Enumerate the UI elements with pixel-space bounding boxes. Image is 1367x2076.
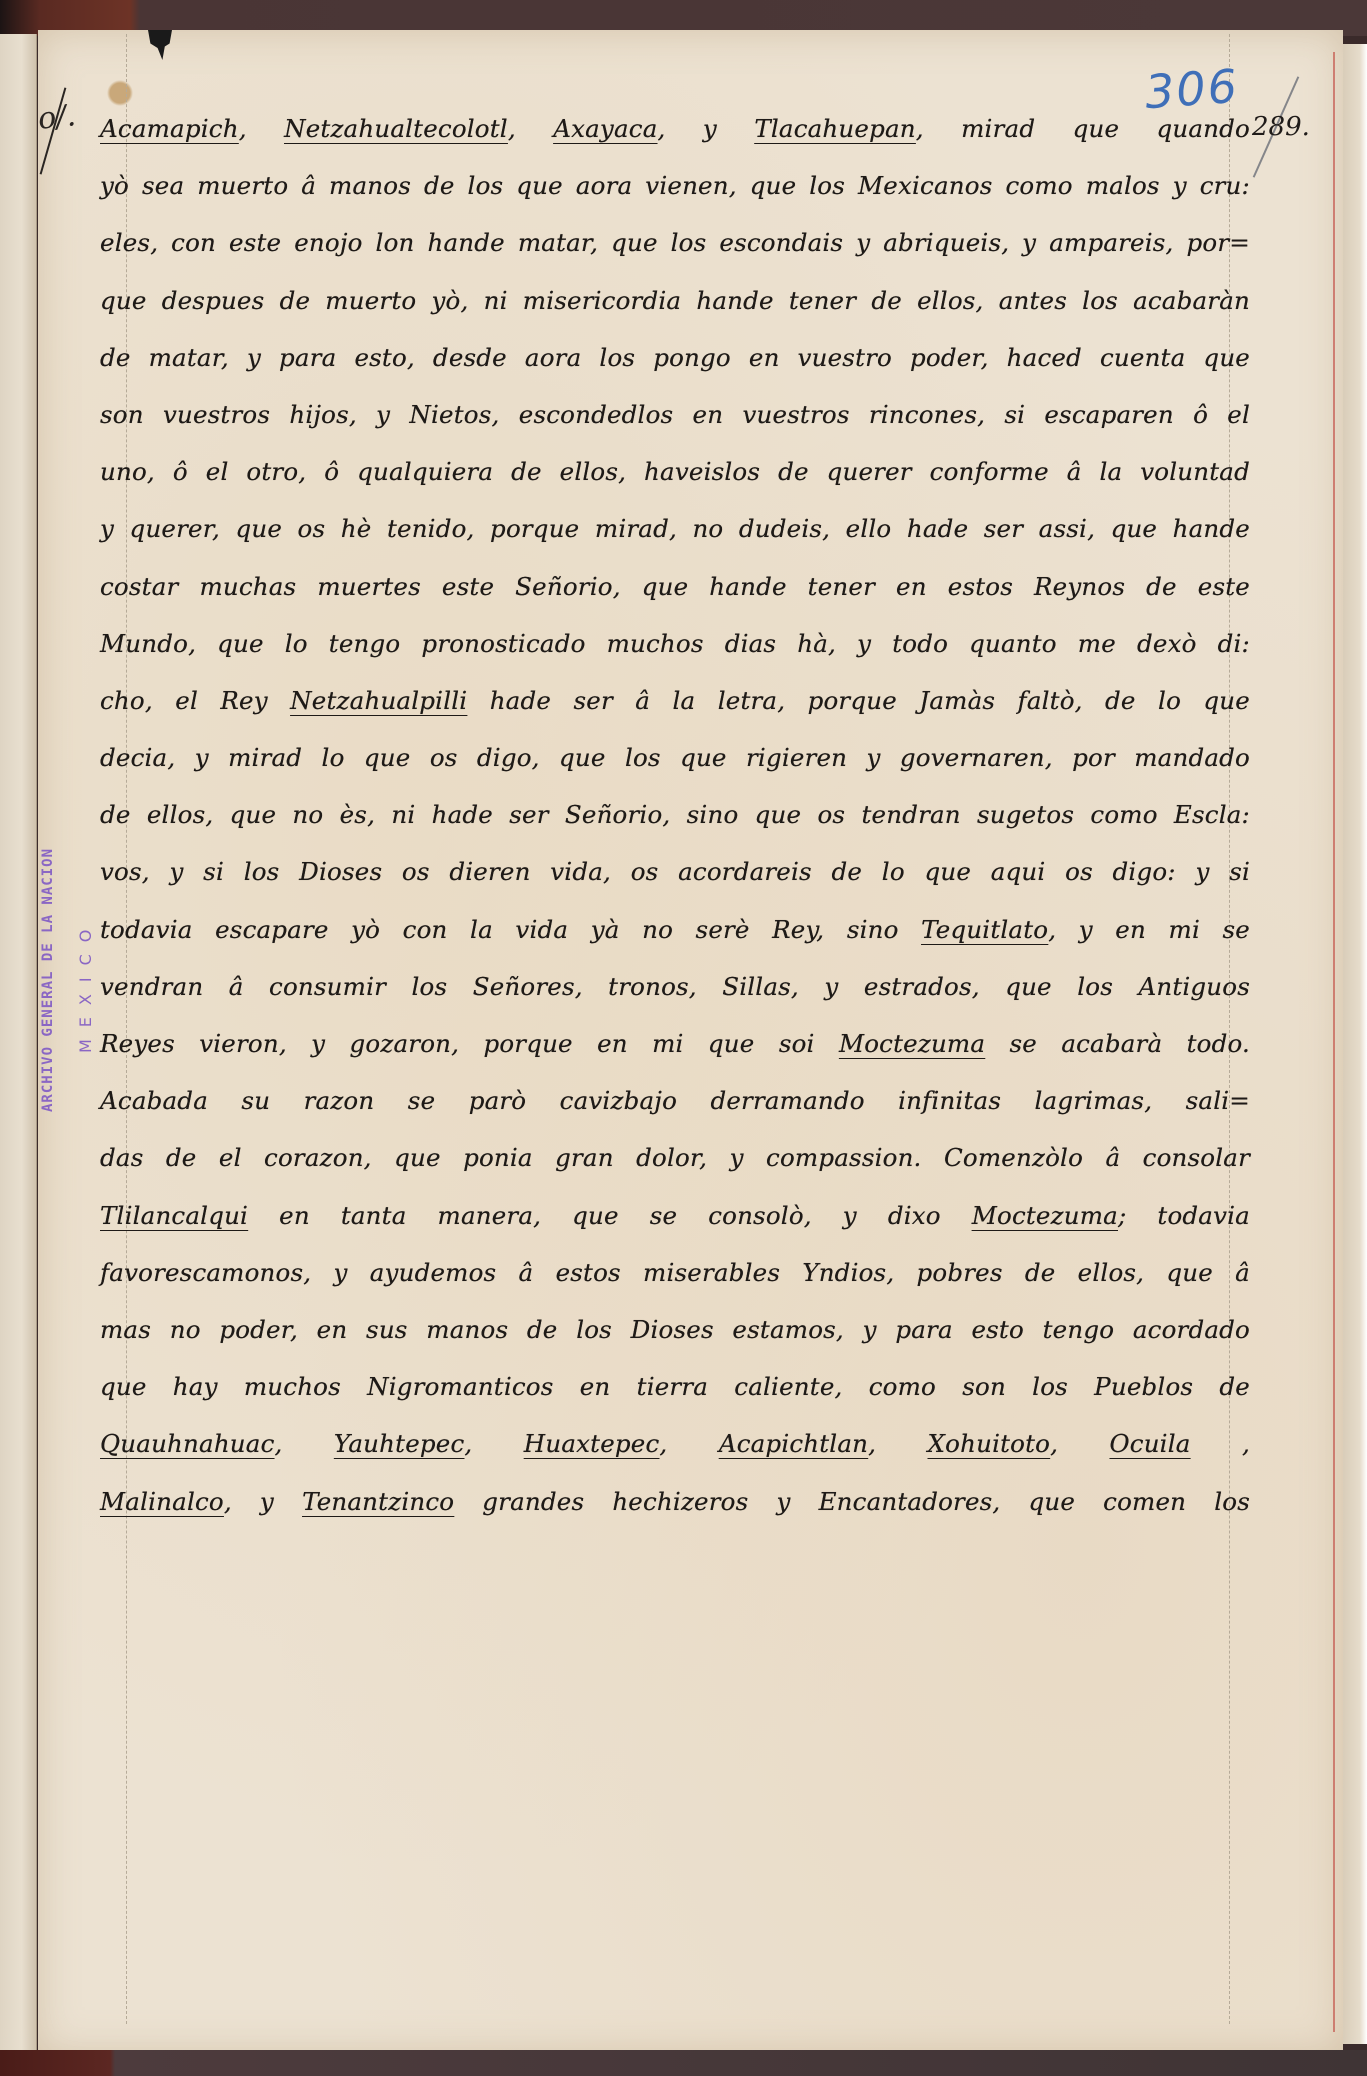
text-span: se acabarà todo. bbox=[985, 1029, 1250, 1058]
manuscript-line: todavia escapare yò con la vida yà no se… bbox=[100, 901, 1250, 958]
underlined-name: Moctezuma bbox=[839, 1029, 985, 1058]
text-span: , y bbox=[224, 1487, 302, 1516]
text-span: , mirad que quando bbox=[916, 114, 1250, 143]
text-span: , y bbox=[658, 114, 755, 143]
archive-stamp-name: ARCHIVO GENERAL DE LA NACION bbox=[40, 845, 56, 1115]
text-span: costar muchas muertes este Señorio, que … bbox=[100, 572, 1250, 601]
underlined-name: Tenantzinco bbox=[302, 1487, 454, 1516]
manuscript-line: y querer, que os hè tenido, porque mirad… bbox=[100, 500, 1250, 557]
manuscript-line: costar muchas muertes este Señorio, que … bbox=[100, 558, 1250, 615]
underlined-name: Quauhnahuac bbox=[100, 1429, 275, 1458]
text-span: grandes hechizeros y Encantadores, que c… bbox=[454, 1487, 1250, 1516]
text-span: vos, y si los Dioses os dieren vida, os … bbox=[100, 857, 1250, 886]
text-span: , bbox=[1050, 1429, 1109, 1458]
manuscript-line: uno, ô el otro, ô qualquiera de ellos, h… bbox=[100, 443, 1250, 500]
text-span: vendran â consumir los Señores, tronos, … bbox=[100, 972, 1250, 1001]
text-span: uno, ô el otro, ô qualquiera de ellos, h… bbox=[100, 457, 1250, 486]
manuscript-line: cho, el Rey Netzahualpilli hade ser â la… bbox=[100, 672, 1250, 729]
manuscript-line: Reyes vieron, y gozaron, porque en mi qu… bbox=[100, 1015, 1250, 1072]
text-span: cho, el Rey bbox=[100, 686, 290, 715]
facing-page-edge bbox=[0, 34, 37, 2054]
underlined-name: Axayaca bbox=[553, 114, 657, 143]
underlined-name: Tequitlato bbox=[921, 915, 1048, 944]
text-span: Mundo, que lo tengo pronosticado muchos … bbox=[100, 629, 1250, 658]
manuscript-line: Acabada su razon se parò cavizbajo derra… bbox=[100, 1072, 1250, 1129]
red-edge-rule bbox=[1333, 52, 1335, 2032]
manuscript-line: yò sea muerto â manos de los que aora vi… bbox=[100, 157, 1250, 214]
manuscript-line: vos, y si los Dioses os dieren vida, os … bbox=[100, 843, 1250, 900]
text-span: todavia escapare yò con la vida yà no se… bbox=[100, 915, 921, 944]
text-span: , bbox=[1191, 1429, 1250, 1458]
archive-stamp-city: MEXICO bbox=[76, 885, 95, 1085]
manuscript-line: de ellos, que no ès, ni hade ser Señorio… bbox=[100, 786, 1250, 843]
underlined-name: Netzahualpilli bbox=[290, 686, 467, 715]
underlined-name: Xohuitoto bbox=[928, 1429, 1051, 1458]
page-number: 289. bbox=[1252, 112, 1310, 142]
text-span: ; todavia bbox=[1118, 1201, 1250, 1230]
underlined-name: Acapichtlan bbox=[719, 1429, 868, 1458]
text-span: que hay muchos Nigromanticos en tierra c… bbox=[100, 1372, 1250, 1401]
text-span: , bbox=[239, 114, 284, 143]
text-span: mas no poder, en sus manos de los Dioses… bbox=[100, 1315, 1250, 1344]
manuscript-line: Mundo, que lo tengo pronosticado muchos … bbox=[100, 615, 1250, 672]
text-span: , bbox=[464, 1429, 523, 1458]
text-span: Reyes vieron, y gozaron, porque en mi qu… bbox=[100, 1029, 839, 1058]
text-span: de ellos, que no ès, ni hade ser Señorio… bbox=[100, 800, 1250, 829]
text-span: Acabada su razon se parò cavizbajo derra… bbox=[100, 1086, 1250, 1115]
underlined-name: Ocuila bbox=[1109, 1429, 1190, 1458]
text-span: eles, con este enojo lon hande matar, qu… bbox=[100, 228, 1250, 257]
text-span: son vuestros hijos, y Nietos, escondedlo… bbox=[100, 400, 1250, 429]
text-span: , bbox=[508, 114, 553, 143]
manuscript-line: son vuestros hijos, y Nietos, escondedlo… bbox=[100, 386, 1250, 443]
manuscript-line: eles, con este enojo lon hande matar, qu… bbox=[100, 214, 1250, 271]
manuscript-line: mas no poder, en sus manos de los Dioses… bbox=[100, 1301, 1250, 1358]
text-span: yò sea muerto â manos de los que aora vi… bbox=[100, 171, 1250, 200]
text-span: favorescamonos, y ayudemos â estos miser… bbox=[100, 1258, 1250, 1287]
underlined-name: Moctezuma bbox=[972, 1201, 1118, 1230]
underlined-name: Tlacahuepan bbox=[754, 114, 915, 143]
manuscript-line: de matar, y para esto, desde aora los po… bbox=[100, 329, 1250, 386]
underlined-name: Huaxtepec bbox=[524, 1429, 660, 1458]
manuscript-line: Acamapich, Netzahualtecolotl, Axayaca, y… bbox=[100, 100, 1250, 157]
manuscript-line: que hay muchos Nigromanticos en tierra c… bbox=[100, 1358, 1250, 1415]
text-span: , y en mi se bbox=[1048, 915, 1250, 944]
book-binding-bottom bbox=[0, 2050, 1367, 2076]
text-span: hade ser â la letra, porque Jamàs faltò,… bbox=[467, 686, 1250, 715]
underlined-name: Malinalco bbox=[100, 1487, 224, 1516]
text-span: das de el corazon, que ponia gran dolor,… bbox=[100, 1143, 1250, 1172]
text-span: , bbox=[275, 1429, 334, 1458]
text-span: decia, y mirad lo que os digo, que los q… bbox=[100, 743, 1250, 772]
manuscript-line: vendran â consumir los Señores, tronos, … bbox=[100, 958, 1250, 1015]
text-span: , bbox=[868, 1429, 927, 1458]
underlined-name: Tlilancalqui bbox=[100, 1201, 248, 1230]
page-edge-right bbox=[1343, 44, 1367, 2044]
text-span: de matar, y para esto, desde aora los po… bbox=[100, 343, 1250, 372]
underlined-name: Yauhtepec bbox=[334, 1429, 465, 1458]
manuscript-line: das de el corazon, que ponia gran dolor,… bbox=[100, 1129, 1250, 1186]
underlined-name: Netzahualtecolotl bbox=[284, 114, 508, 143]
text-span: en tanta manera, que se consolò, y dixo bbox=[248, 1201, 972, 1230]
manuscript-text: Acamapich, Netzahualtecolotl, Axayaca, y… bbox=[100, 100, 1250, 1530]
manuscript-line: favorescamonos, y ayudemos â estos miser… bbox=[100, 1244, 1250, 1301]
underlined-name: Acamapich bbox=[100, 114, 239, 143]
manuscript-line: Malinalco, y Tenantzinco grandes hechize… bbox=[100, 1473, 1250, 1530]
text-span: que despues de muerto yò, ni misericordi… bbox=[100, 286, 1250, 315]
margin-mark: o/. bbox=[36, 98, 77, 137]
manuscript-line: decia, y mirad lo que os digo, que los q… bbox=[100, 729, 1250, 786]
text-span: y querer, que os hè tenido, porque mirad… bbox=[100, 514, 1250, 543]
text-span: , bbox=[659, 1429, 718, 1458]
manuscript-line: Tlilancalqui en tanta manera, que se con… bbox=[100, 1187, 1250, 1244]
manuscript-line: que despues de muerto yò, ni misericordi… bbox=[100, 272, 1250, 329]
manuscript-line: Quauhnahuac, Yauhtepec, Huaxtepec, Acapi… bbox=[100, 1415, 1250, 1472]
